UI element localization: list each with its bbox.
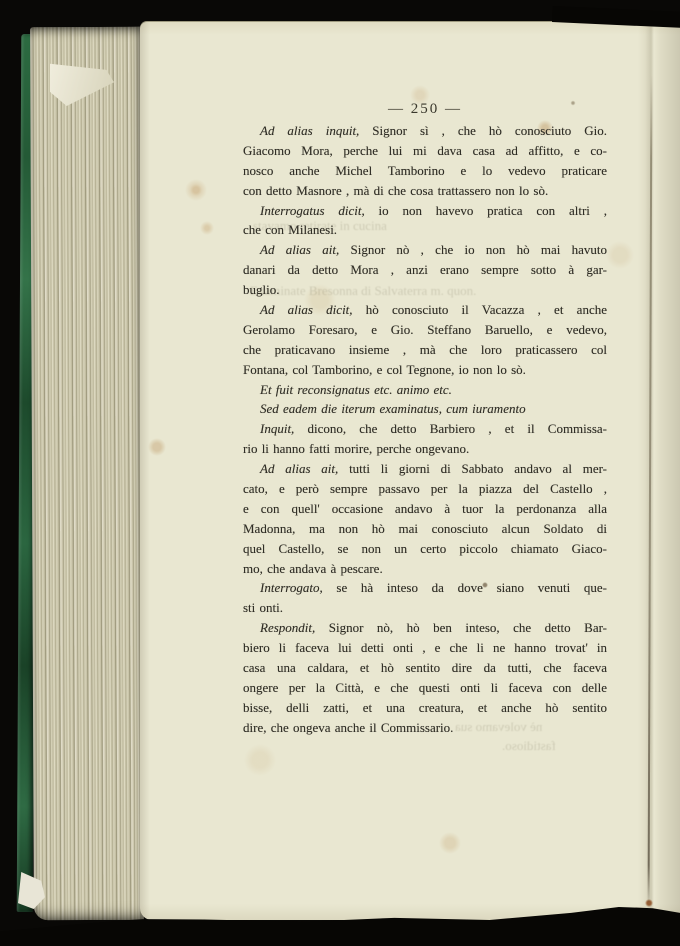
- text-run: buglio.: [243, 282, 279, 297]
- text-run: Gerolamo Foresaro, e Gio. Steffano Barue…: [243, 322, 607, 337]
- text-run: io non havevo pratica con altri ,: [365, 203, 607, 218]
- text-run-italic: Interrogatus dicit,: [260, 203, 365, 218]
- text-line: casa una caldara, et hò sentito dire da …: [243, 658, 607, 678]
- book-photo: stavamo retirate in cucinaExaminate Bres…: [0, 0, 680, 946]
- text-line: biero li faceva lui detti onti , e che l…: [243, 638, 607, 658]
- text-run: con detto Masnore , mà di che cosa tratt…: [243, 183, 548, 198]
- text-run: sti onti.: [243, 600, 283, 615]
- text-run: dicono, che detto Barbiero , et il Commi…: [294, 421, 607, 436]
- text-line: Ad alias inquit, Signor sì , che hò cono…: [243, 121, 607, 141]
- text-line: Inquit, dicono, che detto Barbiero , et …: [243, 419, 607, 439]
- text-run: tutti li giorni di Sabbato andavo al mer…: [338, 461, 607, 476]
- text-line: ongere per la Città, e che questi onti l…: [243, 678, 607, 698]
- text-run: e con quell' occasione andavo à tuor la …: [243, 501, 607, 516]
- text-run: biero li faceva lui detti onti , e che l…: [243, 640, 607, 655]
- text-run-italic: Interrogato,: [260, 580, 323, 595]
- text-run: casa una caldara, et hò sentito dire da …: [243, 660, 607, 675]
- text-line: Ad alias ait, Signor nò , che io non hò …: [243, 240, 607, 260]
- text-line: Sed eadem die iterum examinatus, cum iur…: [243, 399, 607, 419]
- page-number: — 250 —: [243, 99, 607, 119]
- text-run-italic: Ad alias ait,: [260, 461, 338, 476]
- page-text-block: — 250 — Ad alias inquit, Signor sì , che…: [243, 99, 607, 738]
- text-line: Interrogato, se hà inteso da dove siano …: [243, 578, 607, 598]
- text-line: buglio.: [243, 280, 607, 300]
- text-run-italic: Et fuit reconsignatus etc. animo etc.: [260, 382, 452, 397]
- page-edges-stack: [30, 27, 144, 920]
- text-block-lines: Ad alias inquit, Signor sì , che hò cono…: [243, 121, 607, 738]
- text-line: nosco anche Michel Tamborino e lo vedevo…: [243, 161, 607, 181]
- text-run: ongere per la Città, e che questi onti l…: [243, 680, 607, 695]
- text-line: Madonna, ma non hò mai conosciuto alcun …: [243, 519, 607, 539]
- text-line: cato, e però sempre passavo per la piazz…: [243, 479, 607, 499]
- text-line: che con Milanesi.: [243, 220, 607, 240]
- text-line: mo, che andava à pescare.: [243, 559, 607, 579]
- text-run: Signor sì , che hò conosciuto Gio.: [359, 123, 607, 138]
- text-run: nosco anche Michel Tamborino e lo vedevo…: [243, 163, 607, 178]
- text-line: Respondit, Signor nò, hò ben inteso, che…: [243, 618, 607, 638]
- text-line: dire, che ongeva anche il Commissario.: [243, 718, 607, 738]
- text-run: dire, che ongeva anche il Commissario.: [243, 720, 453, 735]
- text-run: Signor nò, hò ben inteso, che detto Bar-: [315, 620, 607, 635]
- text-run: se hà inteso da dove siano venuti que-: [323, 580, 607, 595]
- text-run: rio li hanno fatti morire, perche ongeva…: [243, 441, 469, 456]
- showthrough-text: fastidioso.: [502, 738, 556, 754]
- text-run: Madonna, ma non hò mai conosciuto alcun …: [243, 521, 607, 536]
- text-line: e con quell' occasione andavo à tuor la …: [243, 499, 607, 519]
- text-line: sti onti.: [243, 598, 607, 618]
- text-run-italic: Respondit,: [260, 620, 315, 635]
- text-line: Interrogatus dicit, io non havevo pratic…: [243, 201, 607, 221]
- text-line: Et fuit reconsignatus etc. animo etc.: [243, 380, 607, 400]
- text-line: danari da detto Mora , anzi erano sempre…: [243, 260, 607, 280]
- text-run: quel Castello, se non un certo piccolo c…: [243, 541, 607, 556]
- text-line: che praticavano insieme , mà che loro pr…: [243, 340, 607, 360]
- text-run: cato, e però sempre passavo per la piazz…: [243, 481, 607, 496]
- text-line: Gerolamo Foresaro, e Gio. Steffano Barue…: [243, 320, 607, 340]
- book-page: stavamo retirate in cucinaExaminate Bres…: [140, 21, 680, 920]
- text-run: che praticavano insieme , mà che loro pr…: [243, 342, 607, 357]
- text-line: Fontana, col Tamborino, e col Tegnone, i…: [243, 360, 607, 380]
- text-run-italic: Ad alias ait,: [260, 242, 339, 257]
- text-line: Ad alias dicit, hò conosciuto il Vacazza…: [243, 300, 607, 320]
- text-run-italic: Sed eadem die iterum examinatus, cum iur…: [260, 401, 526, 416]
- text-run-italic: Ad alias dicit,: [260, 302, 353, 317]
- gutter-crease: [648, 75, 653, 907]
- text-run: danari da detto Mora , anzi erano sempre…: [243, 262, 607, 277]
- text-run: Fontana, col Tamborino, e col Tegnone, i…: [243, 362, 526, 377]
- text-run: che con Milanesi.: [243, 222, 337, 237]
- text-line: Giacomo Mora, perche lui mi dava casa ad…: [243, 141, 607, 161]
- text-run: mo, che andava à pescare.: [243, 561, 383, 576]
- text-run-italic: Ad alias inquit,: [260, 123, 359, 138]
- text-line: Ad alias ait, tutti li giorni di Sabbato…: [243, 459, 607, 479]
- text-run-italic: Inquit,: [260, 421, 294, 436]
- text-line: bisse, delli zatti, et una creatura, et …: [243, 698, 607, 718]
- text-line: quel Castello, se non un certo piccolo c…: [243, 539, 607, 559]
- text-run: bisse, delli zatti, et una creatura, et …: [243, 700, 607, 715]
- text-run: Signor nò , che io non hò mai havuto: [339, 242, 607, 257]
- text-line: con detto Masnore , mà di che cosa tratt…: [243, 181, 607, 201]
- text-line: rio li hanno fatti morire, perche ongeva…: [243, 439, 607, 459]
- text-run: Giacomo Mora, perche lui mi dava casa ad…: [243, 143, 607, 158]
- text-run: hò conosciuto il Vacazza , et anche: [353, 302, 607, 317]
